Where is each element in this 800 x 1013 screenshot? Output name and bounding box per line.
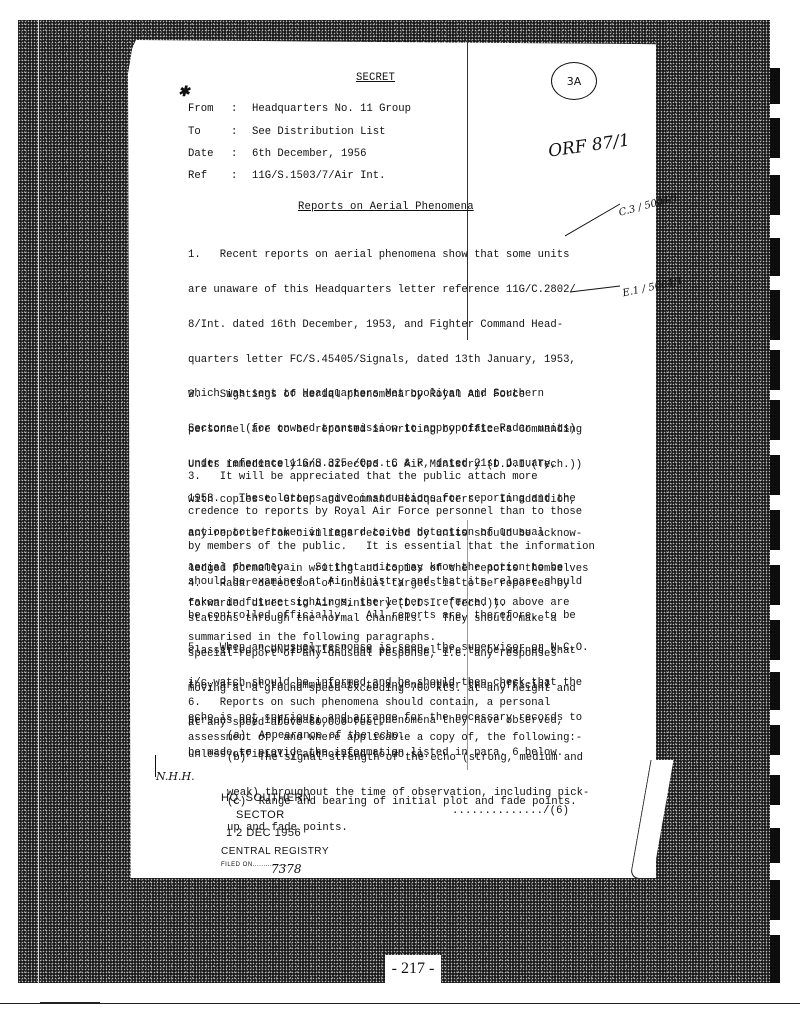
binder-tab xyxy=(770,455,780,495)
margin-initials: N.H.H. xyxy=(156,770,195,783)
bottom-rule xyxy=(0,1003,800,1004)
binder-tab xyxy=(770,350,780,390)
text-line: 1. Recent reports on aerial phenomena sh… xyxy=(188,250,628,262)
circle-ref-text: 3A xyxy=(567,75,582,88)
text-line: 3. It will be appreciated that the publi… xyxy=(188,472,628,484)
text-line: 8/Int. dated 16th December, 1953, and Fi… xyxy=(188,320,628,332)
date-label: Date xyxy=(188,148,213,160)
date-value: 6th December, 1956 xyxy=(252,148,366,160)
to-value: See Distribution List xyxy=(252,126,386,138)
text-line: personnel are to be reported in writing … xyxy=(188,425,628,437)
bottom-rule-accent xyxy=(40,1002,100,1004)
reference-circle-stamp: 3A xyxy=(551,62,597,100)
binder-tab xyxy=(770,775,780,805)
text-line: credence to reports by Royal Air Force p… xyxy=(188,507,628,519)
text-line: quarters letter FC/S.45405/Signals, date… xyxy=(188,355,628,367)
text-line: 5. When an unusual response is seen, the… xyxy=(188,643,628,655)
page-number: - 217 - xyxy=(385,955,441,983)
binder-tab xyxy=(770,118,780,158)
binder-tab xyxy=(770,935,780,983)
stamp-registry: CENTRAL REGISTRY xyxy=(221,846,329,857)
binder-tab xyxy=(770,725,780,755)
classification-heading: SECRET xyxy=(356,73,395,85)
binder-tab xyxy=(770,238,780,276)
from-value: Headquarters No. 11 Group xyxy=(252,103,411,115)
colon: : xyxy=(231,148,237,160)
binder-tab xyxy=(770,290,780,340)
colon: : xyxy=(231,170,237,182)
binder-tab xyxy=(770,175,780,215)
document-title: Reports on Aerial Phenomena xyxy=(298,202,474,214)
ink-blot-mark: ✱ xyxy=(178,84,190,100)
stamp-file-number: 7378 xyxy=(271,862,302,876)
from-label: From xyxy=(188,103,213,115)
binder-tab xyxy=(770,672,780,710)
colon: : xyxy=(231,103,237,115)
text-line: by members of the public. It is essentia… xyxy=(188,542,628,554)
colon: : xyxy=(231,126,237,138)
text-line: (b) The signal strength of the echo (str… xyxy=(227,753,637,765)
ref-value: 11G/S.1503/7/Air Int. xyxy=(252,170,386,182)
margin-stroke xyxy=(155,755,156,777)
binder-tab xyxy=(770,565,780,605)
binder-tab xyxy=(770,400,780,440)
stamp-date: 1 2 DEC 1956 xyxy=(226,827,301,839)
text-line: 2. Sightings of aerial phenomena by Roya… xyxy=(188,390,628,402)
stamp-line-1: HQ. SOUTHERN xyxy=(221,792,311,804)
text-line: 4. Radar detection of unusual targets is… xyxy=(188,579,628,591)
continuation-marker: ............../(6) xyxy=(452,806,569,818)
binder-tab xyxy=(770,68,780,104)
to-label: To xyxy=(188,126,201,138)
binder-tab xyxy=(770,620,780,660)
binder-tab xyxy=(770,880,780,920)
scan-edge-line xyxy=(38,20,39,983)
text-line: are unaware of this Headquarters letter … xyxy=(188,285,628,297)
ref-label: Ref xyxy=(188,170,207,182)
stamp-line-2: SECTOR xyxy=(236,809,285,821)
binder-tab xyxy=(770,828,780,863)
binder-tab xyxy=(770,510,780,550)
